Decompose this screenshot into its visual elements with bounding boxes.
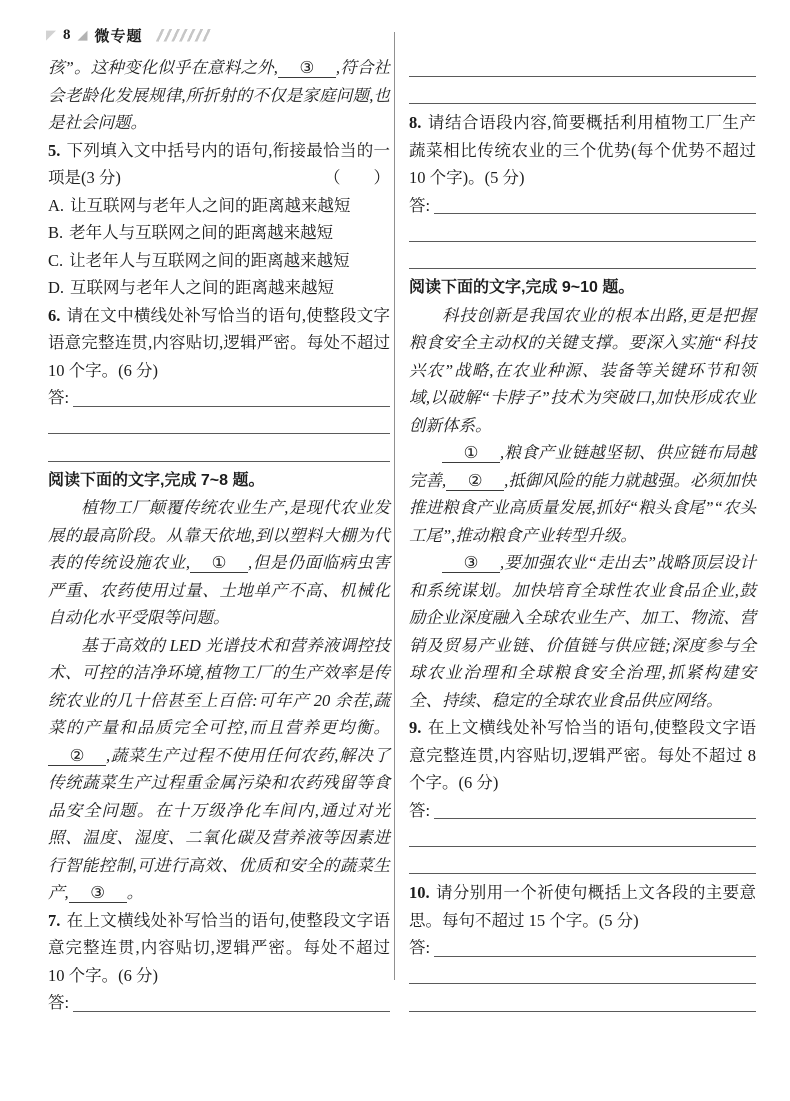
left-column: 孩”。这种变化似乎在意料之外,③,符合社会老龄化发展规律,所折射的不仅是家庭问题… [48, 54, 390, 1017]
page-header: ◤ 8 ◢ 微专题 [46, 25, 214, 45]
option-label: D. [48, 278, 64, 297]
answer-row: 答: [409, 934, 756, 962]
question-7: 7.在上文横线处补写恰当的语句,使整段文字语意完整连贯,内容贴切,逻辑严密。每处… [48, 907, 390, 1017]
inline-blank: ② [48, 746, 106, 766]
answer-row: 答: [409, 797, 756, 825]
section-title: 微专题 [95, 25, 143, 46]
option-text: 互联网与老年人之间的距离越来越短 [70, 278, 334, 297]
option-d: D.互联网与老年人之间的距离越来越短 [48, 274, 390, 302]
passage-paragraph: 植物工厂颠覆传统农业生产,是现代农业发展的最高阶段。从靠天依地,到以塑料大棚为代… [48, 494, 390, 632]
answer-blank-line [409, 852, 756, 880]
passage-paragraph: ①,粮食产业链越坚韧、供应链布局越完善,②,抵御风险的能力就越强。必须加快推进粮… [409, 439, 756, 549]
option-text: 老年人与互联网之间的距离越来越短 [69, 223, 333, 242]
answer-blank-line [409, 962, 756, 990]
question-number: 6. [48, 306, 60, 325]
option-c: C.让老年人与互联网之间的距离越来越短 [48, 247, 390, 275]
hatched-stripe-decoration [154, 29, 214, 42]
answer-row: 答: [409, 192, 756, 220]
question-9-stem: 9.在上文横线处补写恰当的语句,使整段文字语意完整连贯,内容贴切,逻辑严密。每处… [409, 714, 756, 797]
question-number: 9. [409, 718, 421, 737]
inline-blank: ① [190, 553, 248, 573]
answer-blank-line [48, 439, 390, 467]
reading-heading: 阅读下面的文字,完成 9~10 题。 [409, 274, 756, 302]
question-number: 7. [48, 911, 60, 930]
option-label: A. [48, 196, 64, 215]
answer-blank-line [434, 956, 756, 957]
question-8-stem: 8.请结合语段内容,简要概括利用植物工厂生产蔬菜相比传统农业的三个优势(每个优势… [409, 109, 756, 192]
answer-label: 答: [409, 797, 430, 825]
reading-heading: 阅读下面的文字,完成 7~8 题。 [48, 467, 390, 495]
answer-label: 答: [48, 989, 69, 1017]
answer-label: 答: [48, 384, 69, 412]
passage-paragraph: 基于高效的 LED 光谱技术和营养液调控技术、可控的洁净环境,植物工厂的生产效率… [48, 632, 390, 907]
question-6-stem: 6.请在文中横线处补写恰当的语句,使整段文字语意完整连贯,内容贴切,逻辑严密。每… [48, 302, 390, 385]
triangle-decoration-icon: ◤ [46, 29, 56, 42]
stem-text: 请在文中横线处补写恰当的语句,使整段文字语意完整连贯,内容贴切,逻辑严密。每处不… [48, 306, 390, 380]
answer-blank-line [73, 406, 390, 407]
option-a: A.让互联网与老年人之间的距离越来越短 [48, 192, 390, 220]
option-label: C. [48, 251, 63, 270]
answer-blank-line [409, 219, 756, 247]
stem-text: 请分别用一个祈使句概括上文各段的主要意思。每句不超过 15 个字。(5 分) [409, 883, 756, 930]
option-text: 让互联网与老年人之间的距离越来越短 [70, 196, 351, 215]
option-text: 让老年人与互联网之间的距离越来越短 [69, 251, 350, 270]
option-b: B.老年人与互联网之间的距离越来越短 [48, 219, 390, 247]
passage-paragraph: ③,要加强农业“走出去”战略顶层设计和系统谋划。加快培育全球性农业食品企业,鼓励… [409, 549, 756, 714]
question-number: 10. [409, 883, 430, 902]
answer-blank-line [409, 247, 756, 275]
question-6: 6.请在文中横线处补写恰当的语句,使整段文字语意完整连贯,内容贴切,逻辑严密。每… [48, 302, 390, 467]
workbook-page: ◤ 8 ◢ 微专题 孩”。这种变化似乎在意料之外,③,符合社会老龄化发展规律,所… [0, 0, 790, 1101]
inline-blank: ③ [442, 553, 500, 573]
question-7-stem: 7.在上文横线处补写恰当的语句,使整段文字语意完整连贯,内容贴切,逻辑严密。每处… [48, 907, 390, 990]
question-10-stem: 10.请分别用一个祈使句概括上文各段的主要意思。每句不超过 15 个字。(5 分… [409, 879, 756, 934]
answer-label: 答: [409, 934, 430, 962]
answer-blank-line [409, 824, 756, 852]
answer-label: 答: [409, 192, 430, 220]
question-8: 8.请结合语段内容,简要概括利用植物工厂生产蔬菜相比传统农业的三个优势(每个优势… [409, 109, 756, 274]
answer-blank-line [73, 1011, 390, 1012]
answer-blank-line [409, 989, 756, 1017]
triangle-decoration-icon: ◢ [78, 29, 88, 42]
question-10: 10.请分别用一个祈使句概括上文各段的主要意思。每句不超过 15 个字。(5 分… [409, 879, 756, 1017]
question-number: 5. [48, 141, 60, 160]
inline-blank: ③ [69, 883, 127, 903]
inline-blank: ③ [278, 58, 336, 78]
question-number: 8. [409, 113, 421, 132]
column-divider [394, 32, 395, 980]
stem-text: 请结合语段内容,简要概括利用植物工厂生产蔬菜相比传统农业的三个优势(每个优势不超… [409, 113, 756, 187]
answer-row: 答: [48, 989, 390, 1017]
answer-bracket: （ ） [324, 164, 390, 192]
question-9: 9.在上文横线处补写恰当的语句,使整段文字语意完整连贯,内容贴切,逻辑严密。每处… [409, 714, 756, 879]
answer-blank-line [434, 818, 756, 819]
answer-blank-line [409, 82, 756, 110]
inline-blank: ① [442, 443, 500, 463]
question-5: 5.下列填入文中括号内的语句,衔接最恰当的一项是(3 分) （ ） [48, 137, 390, 192]
right-column: 8.请结合语段内容,简要概括利用植物工厂生产蔬菜相比传统农业的三个优势(每个优势… [409, 54, 756, 1017]
passage-paragraph: 科技创新是我国农业的根本出路,更是把握粮食安全主动权的关键支撑。要深入实施“科技… [409, 302, 756, 440]
stem-text: 在上文横线处补写恰当的语句,使整段文字语意完整连贯,内容贴切,逻辑严密。每处不超… [48, 911, 390, 985]
carryover-paragraph: 孩”。这种变化似乎在意料之外,③,符合社会老龄化发展规律,所折射的不仅是家庭问题… [48, 54, 390, 137]
answer-blank-line [434, 213, 756, 214]
answer-blank-line [409, 54, 756, 82]
stem-text: 在上文横线处补写恰当的语句,使整段文字语意完整连贯,内容贴切,逻辑严密。每处不超… [409, 718, 756, 792]
option-label: B. [48, 223, 63, 242]
page-number: 8 [63, 27, 71, 44]
answer-row: 答: [48, 384, 390, 412]
answer-blank-line [48, 412, 390, 440]
inline-blank: ② [446, 471, 504, 491]
